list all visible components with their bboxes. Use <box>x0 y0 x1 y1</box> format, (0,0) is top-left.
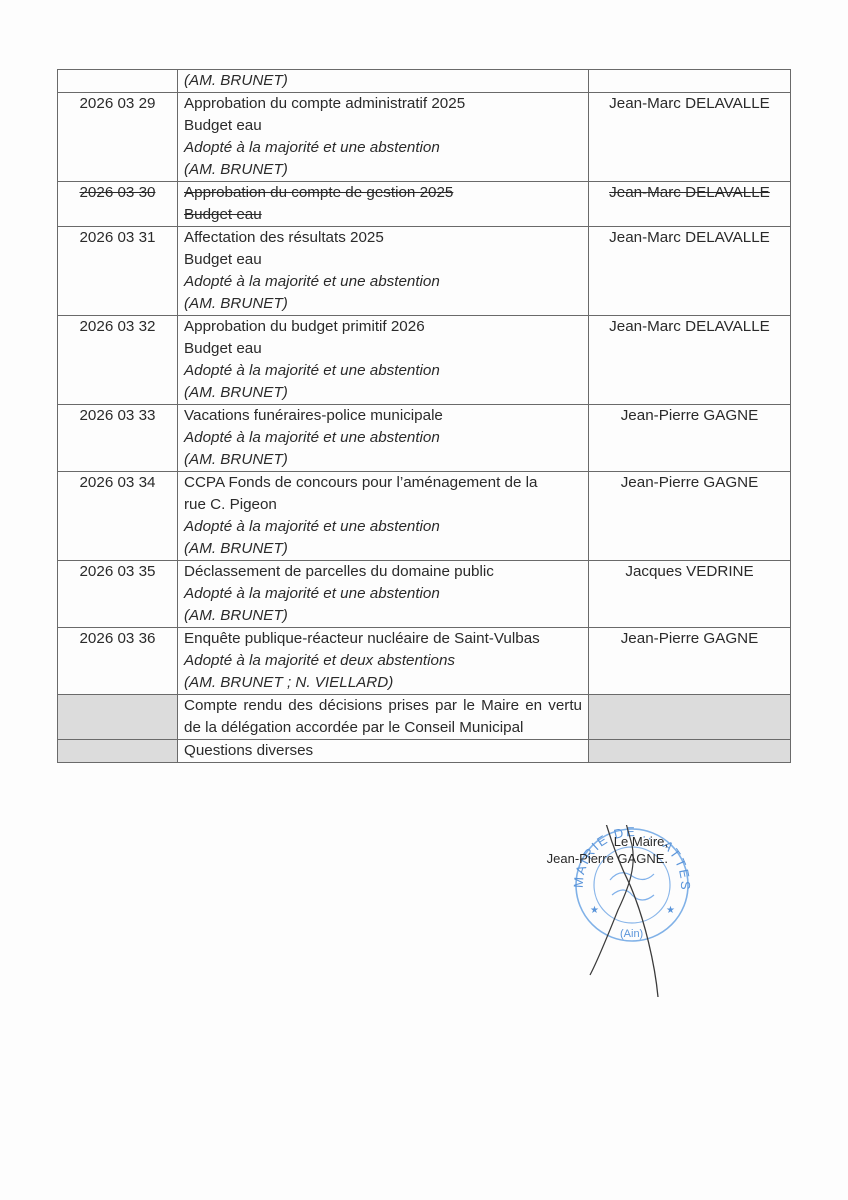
subject-text: Affectation des résultats 2025 <box>184 227 582 249</box>
subject-text: Budget eau <box>184 204 582 226</box>
subject-text: Questions diverses <box>184 740 582 762</box>
deliberation-subject: Enquête publique-réacteur nucléaire de S… <box>178 628 589 695</box>
agenda-row: 2026 03 36Enquête publique-réacteur nucl… <box>58 628 791 695</box>
agenda-table: (AM. BRUNET)2026 03 29Approbation du com… <box>57 69 791 763</box>
deliberation-subject: Approbation du budget primitif 2026Budge… <box>178 316 589 405</box>
deliberation-number: 2026 03 29 <box>58 93 178 182</box>
rapporteur-name: Jean-Pierre GAGNE <box>589 472 791 561</box>
subject-text: CCPA Fonds de concours pour l’aménagemen… <box>184 472 582 494</box>
signature-block: MAIRIE DE ... ATTES (Ain) ★ ★ Le Maire, … <box>570 825 720 1005</box>
agenda-row: 2026 03 32Approbation du budget primitif… <box>58 316 791 405</box>
deliberation-number: 2026 03 36 <box>58 628 178 695</box>
svg-text:★: ★ <box>590 905 599 916</box>
deliberation-number: 2026 03 31 <box>58 227 178 316</box>
deliberation-subject: Approbation du compte de gestion 2025Bud… <box>178 182 589 227</box>
signature-name: Jean-Pierre GAGNE. <box>547 850 668 867</box>
rapporteur-name: Jean-Pierre GAGNE <box>589 405 791 472</box>
deliberation-subject: CCPA Fonds de concours pour l’aménagemen… <box>178 472 589 561</box>
deliberation-number: 2026 03 35 <box>58 561 178 628</box>
vote-result-text: Adopté à la majorité et une abstention <box>184 583 582 605</box>
deliberation-subject: Questions diverses <box>178 740 589 763</box>
subject-text: Budget eau <box>184 338 582 360</box>
deliberation-subject: Compte rendu des décisions prises par le… <box>178 695 589 740</box>
vote-result-text: (AM. BRUNET) <box>184 382 582 404</box>
rapporteur-name: Jean-Pierre GAGNE <box>589 628 791 695</box>
deliberation-subject: Vacations funéraires-police municipaleAd… <box>178 405 589 472</box>
deliberation-number: 2026 03 32 <box>58 316 178 405</box>
agenda-row: 2026 03 31Affectation des résultats 2025… <box>58 227 791 316</box>
subject-text: Déclassement de parcelles du domaine pub… <box>184 561 582 583</box>
agenda-row: 2026 03 30Approbation du compte de gesti… <box>58 182 791 227</box>
vote-result-text: Adopté à la majorité et deux abstentions <box>184 650 582 672</box>
subject-text: rue C. Pigeon <box>184 494 582 516</box>
deliberation-subject: Affectation des résultats 2025Budget eau… <box>178 227 589 316</box>
subject-text: Compte rendu des décisions prises par le… <box>184 695 582 739</box>
subject-text: Vacations funéraires-police municipale <box>184 405 582 427</box>
deliberation-number <box>58 740 178 763</box>
agenda-table-body: (AM. BRUNET)2026 03 29Approbation du com… <box>58 70 791 763</box>
rapporteur-name: Jean-Marc DELAVALLE <box>589 227 791 316</box>
deliberation-number <box>58 695 178 740</box>
stamp-text-bottom: (Ain) <box>620 928 643 940</box>
rapporteur-name: Jean-Marc DELAVALLE <box>589 316 791 405</box>
vote-result-text: (AM. BRUNET) <box>184 159 582 181</box>
vote-result-text: (AM. BRUNET) <box>184 449 582 471</box>
deliberation-number: 2026 03 34 <box>58 472 178 561</box>
agenda-row: 2026 03 35Déclassement de parcelles du d… <box>58 561 791 628</box>
subject-text: Approbation du compte de gestion 2025 <box>184 182 582 204</box>
vote-result-text: Adopté à la majorité et une abstention <box>184 271 582 293</box>
agenda-row: (AM. BRUNET) <box>58 70 791 93</box>
vote-result-text: (AM. BRUNET) <box>184 538 582 560</box>
deliberation-number: 2026 03 30 <box>58 182 178 227</box>
document-page: (AM. BRUNET)2026 03 29Approbation du com… <box>0 0 848 1200</box>
subject-text: Approbation du compte administratif 2025 <box>184 93 582 115</box>
rapporteur-name <box>589 695 791 740</box>
vote-result-text: Adopté à la majorité et une abstention <box>184 137 582 159</box>
agenda-row: 2026 03 33Vacations funéraires-police mu… <box>58 405 791 472</box>
deliberation-subject: Déclassement de parcelles du domaine pub… <box>178 561 589 628</box>
deliberation-subject: Approbation du compte administratif 2025… <box>178 93 589 182</box>
rapporteur-name: Jean-Marc DELAVALLE <box>589 182 791 227</box>
vote-result-text: (AM. BRUNET) <box>184 605 582 627</box>
vote-result-text: Adopté à la majorité et une abstention <box>184 360 582 382</box>
vote-result-text: Adopté à la majorité et une abstention <box>184 516 582 538</box>
agenda-row: 2026 03 34CCPA Fonds de concours pour l’… <box>58 472 791 561</box>
rapporteur-name: Jean-Marc DELAVALLE <box>589 93 791 182</box>
svg-text:★: ★ <box>666 905 675 916</box>
agenda-row: Compte rendu des décisions prises par le… <box>58 695 791 740</box>
signature-title: Le Maire, <box>547 833 668 850</box>
vote-result-text: Adopté à la majorité et une abstention <box>184 427 582 449</box>
deliberation-number <box>58 70 178 93</box>
rapporteur-name <box>589 70 791 93</box>
vote-result-text: (AM. BRUNET) <box>184 293 582 315</box>
rapporteur-name <box>589 740 791 763</box>
rapporteur-name: Jacques VEDRINE <box>589 561 791 628</box>
signature-text: Le Maire, Jean-Pierre GAGNE. <box>547 833 668 867</box>
vote-result-text: (AM. BRUNET ; N. VIELLARD) <box>184 672 582 694</box>
deliberation-subject: (AM. BRUNET) <box>178 70 589 93</box>
subject-text: Enquête publique-réacteur nucléaire de S… <box>184 628 582 650</box>
agenda-row: 2026 03 29Approbation du compte administ… <box>58 93 791 182</box>
subject-text: Budget eau <box>184 249 582 271</box>
agenda-row: Questions diverses <box>58 740 791 763</box>
subject-text: Budget eau <box>184 115 582 137</box>
vote-result-text: (AM. BRUNET) <box>184 70 582 92</box>
subject-text: Approbation du budget primitif 2026 <box>184 316 582 338</box>
deliberation-number: 2026 03 33 <box>58 405 178 472</box>
